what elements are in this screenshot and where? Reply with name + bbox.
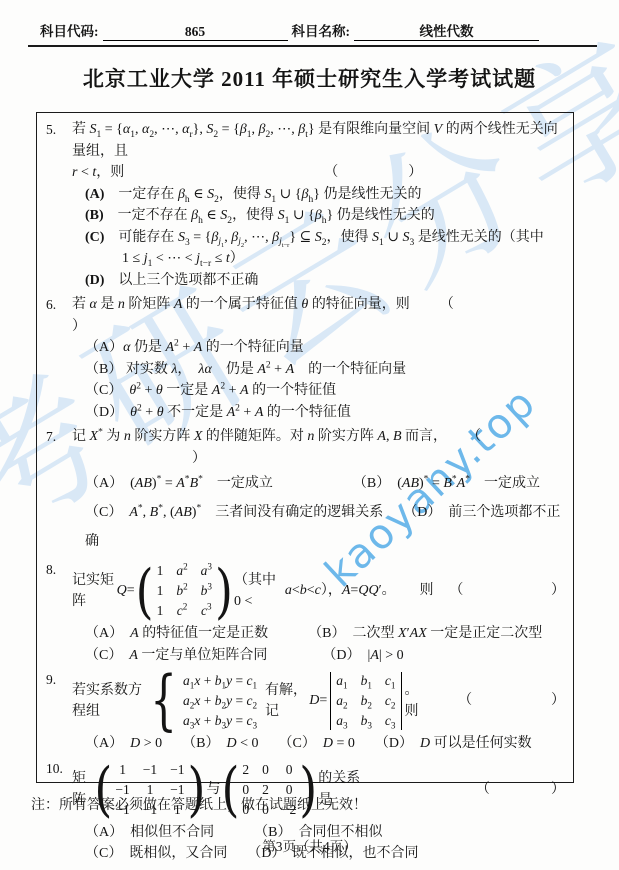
question: 8.记实矩阵 Q = (1a2a31b2b31c2c3)（其中 0 < a < … <box>44 559 565 666</box>
matrix-q: (1a2a31b2b31c2c3) <box>138 561 231 621</box>
question-line: （D） θ2 + θ 不一定是 A2 + A 的一个特征值 <box>72 402 565 424</box>
determinant-d: a1b1c1a2b2c2a3b3c3 <box>330 671 401 731</box>
question-number: 5. <box>44 119 72 291</box>
question-line: （A） D > 0（B） D < 0（C） D = 0（D） D 可以是任何实数 <box>72 733 565 755</box>
question-line: 若实系数方程组{a1x + b1y = c1a2x + b2y = c2a3x … <box>72 671 565 731</box>
question-line: 若 S1 = {α1, α2, ⋯, αr}, S2 = {β1, β2, ⋯,… <box>72 119 565 162</box>
subject-code-label: 科目代码: <box>40 20 99 40</box>
header-rule <box>28 45 597 47</box>
question-line: 若 α 是 n 阶矩阵 A 的一个属于特征值 θ 的特征向量，则（） <box>72 294 565 337</box>
answer-note: 注：所有答案必须做在答题纸上，做在试题纸上无效！ <box>31 794 367 814</box>
question: 7.记 X* 为 n 阶实方阵 X 的伴随矩阵。对 n 阶实方阵 A, B 而言… <box>44 426 565 556</box>
question-line: (A) 一定存在 βh ∈ S2，使得 S1 ∪ {βh} 仍是线性无关的 <box>72 184 565 206</box>
exam-title: 北京工业大学 2011 年硕士研究生入学考试试题 <box>0 63 619 93</box>
subject-header: 科目代码: 865 科目名称: 线性代数 <box>40 20 589 41</box>
question-line: (B) 一定不存在 βh ∈ S2，使得 S1 ∪ {βh} 仍是线性无关的 <box>72 205 565 227</box>
question-line: 记 X* 为 n 阶实方阵 X 的伴随矩阵。对 n 阶实方阵 A, B 而言，（… <box>72 426 565 469</box>
question: 9.若实系数方程组{a1x + b1y = c1a2x + b2y = c2a3… <box>44 669 565 755</box>
question-number: 6. <box>44 294 72 423</box>
exam-page: 科目代码: 865 科目名称: 线性代数 北京工业大学 2011 年硕士研究生入… <box>0 0 619 870</box>
question-line: （C） A*, B*, (AB)* 三者间没有确定的逻辑关系（D） 前三个选项都… <box>72 498 565 556</box>
question-number: 8. <box>44 559 72 666</box>
subject-name-value: 线性代数 <box>354 20 539 41</box>
question-line: （C） A 一定与单位矩阵合同（D） |A| > 0 <box>72 645 565 667</box>
question-number: 9. <box>44 669 72 755</box>
question-line: （B） 对实数 λ， λα 仍是 A2 + A 的一个特征向量 <box>72 359 565 381</box>
question-line: （C） θ2 + θ 一定是 A2 + A 的一个特征值 <box>72 380 565 402</box>
question-line: （A） (AB)* = A*B* 一定成立（B） (AB)* = B*A* 一定… <box>72 469 565 498</box>
question-line: r < t，则（） <box>72 162 565 184</box>
page-number: 第3页（共4页） <box>0 835 619 855</box>
subject-name-label: 科目名称: <box>292 20 351 40</box>
question-line: (D) 以上三个选项都不正确 <box>72 270 565 292</box>
question-number: 7. <box>44 426 72 556</box>
subject-code-value: 865 <box>103 24 288 41</box>
question-line: （A） A 的特征值一定是正数（B） 二次型 X′AX 一定是正定二次型 <box>72 623 565 645</box>
question-line: （A）α 仍是 A2 + A 的一个特征向量 <box>72 337 565 359</box>
equation-system: {a1x + b1y = c1a2x + b2y = c2a3x + b3y =… <box>152 671 262 731</box>
question-line: (C) 可能存在 S3 = {βj1, βj2, ⋯, βjt−r} ⊆ S2，… <box>72 227 565 249</box>
questions: 5.若 S1 = {α1, α2, ⋯, αr}, S2 = {β1, β2, … <box>44 119 565 865</box>
question: 5.若 S1 = {α1, α2, ⋯, αr}, S2 = {β1, β2, … <box>44 119 565 291</box>
question-line: 记实矩阵 Q = (1a2a31b2b31c2c3)（其中 0 < a < b … <box>72 561 565 621</box>
question: 6.若 α 是 n 阶矩阵 A 的一个属于特征值 θ 的特征向量，则（）（A）α… <box>44 294 565 423</box>
questions-box: 5.若 S1 = {α1, α2, ⋯, αr}, S2 = {β1, β2, … <box>36 112 574 783</box>
question-line: 1 ≤ j1 < ⋯ < jt−r ≤ t） <box>72 248 565 270</box>
